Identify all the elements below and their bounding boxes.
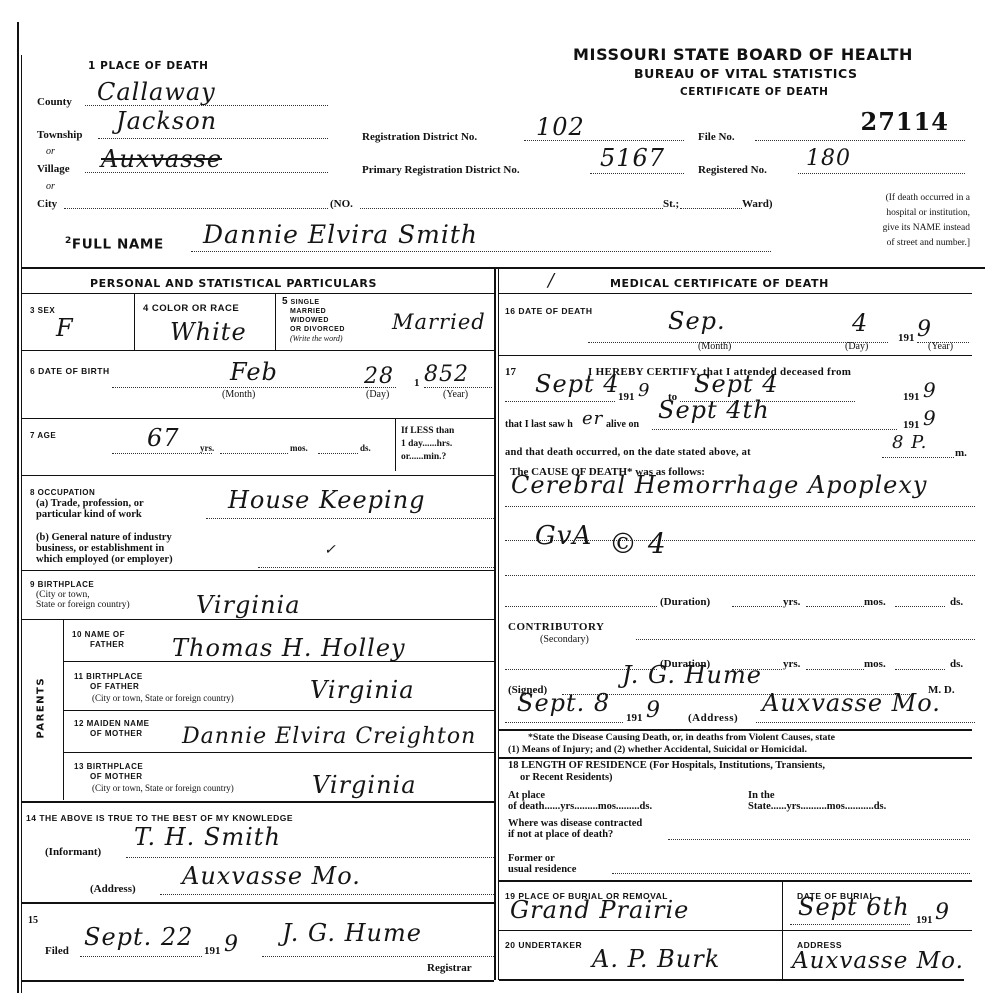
where-contracted-field[interactable]: [668, 830, 970, 840]
cause-duration-pre[interactable]: [505, 597, 657, 607]
informant-address-value: Auxvasse Mo.: [182, 862, 361, 890]
last-saw-date-value: Sept 4th: [658, 396, 770, 424]
race-marital-divider: [275, 294, 276, 350]
age-months-field[interactable]: [220, 440, 288, 454]
row-rule-undertaker: [499, 930, 972, 931]
filed-number: 15: [28, 915, 38, 926]
row-rule-occupation: [22, 475, 494, 476]
age-years-value: 67: [147, 424, 180, 452]
full-name-label: 2FULL NAME: [65, 236, 164, 253]
county-field[interactable]: Callaway: [85, 84, 328, 106]
time-suffix: m.: [955, 447, 967, 459]
full-name-field[interactable]: Dannie Elvira Smith: [191, 232, 771, 252]
registration-district-value: 102: [536, 113, 585, 141]
street-no-label: (NO.: [330, 198, 353, 210]
occupation-label: 8 OCCUPATION: [30, 488, 95, 498]
dod-month-caption: (Month): [698, 341, 731, 352]
mother-birthplace-hint: (City or town, State or foreign country): [92, 783, 234, 794]
dob-month-caption: (Month): [222, 389, 255, 400]
township-value: Jackson: [116, 107, 217, 135]
village-field[interactable]: Auxvasse: [85, 151, 328, 173]
informant-label: (Informant): [45, 846, 101, 858]
undertaker-value[interactable]: A. P. Burk: [592, 945, 720, 973]
occupation-b-label: (b) General nature of industry business,…: [36, 532, 173, 565]
signed-address-value: Auxvasse Mo.: [762, 689, 941, 717]
registration-district-field[interactable]: 102: [524, 119, 684, 141]
dob-day-caption: (Day): [366, 389, 389, 400]
attended-from-year-value: 9: [638, 380, 650, 401]
cause-line-3[interactable]: [505, 562, 975, 576]
dob-year-field[interactable]: 852: [424, 372, 492, 388]
dod-year-value: 9: [917, 317, 932, 342]
footnote: *State the Disease Causing Death, or, in…: [508, 732, 835, 756]
registered-no-label: Registered No.: [698, 164, 767, 176]
row-rule-parents: [22, 619, 494, 620]
age-yrs-unit: yrs.: [200, 443, 214, 453]
row-rule-footnote: [499, 729, 972, 731]
dod-day-caption: (Day): [845, 341, 868, 352]
cause-value: Cerebral Hemorrhage Apoplexy: [511, 471, 927, 499]
divider-bottom-right: [499, 979, 964, 981]
row-rule-dob: [22, 350, 494, 351]
age-ds-unit: ds.: [360, 443, 371, 453]
burial-year-prefix: 191: [916, 914, 933, 926]
contributory-label: CONTRIBUTORY: [508, 621, 604, 633]
dob-year-caption: (Year): [443, 389, 468, 400]
birthplace-label: 9 BIRTHPLACE: [30, 580, 94, 590]
father-name-value[interactable]: Thomas H. Holley: [172, 634, 406, 662]
cause-duration-yrs: yrs.: [783, 596, 800, 608]
registrar-label: Registrar: [427, 962, 472, 974]
mother-maiden-value[interactable]: Dannie Elvira Creighton: [182, 724, 476, 749]
dod-month-value: Sep.: [668, 307, 726, 335]
age-days-field[interactable]: [318, 440, 358, 454]
undertaker-address-value[interactable]: Auxvasse Mo.: [792, 948, 964, 974]
contrib-duration-yrs: yrs.: [783, 658, 800, 670]
informant-statement: 14 THE ABOVE IS TRUE TO THE BEST OF MY K…: [26, 813, 293, 823]
row-rule-father-birthplace: [64, 661, 494, 662]
cause-duration-yrs-field[interactable]: [732, 597, 782, 607]
last-saw-date-field[interactable]: Sept 4th: [652, 418, 897, 430]
dob-month-field[interactable]: Feb: [112, 372, 366, 388]
primary-district-label: Primary Registration District No.: [362, 164, 520, 176]
age-less-divider: [395, 419, 396, 471]
township-label: Township: [37, 129, 82, 141]
less-than-day: If LESS than 1 day......hrs. or......min…: [401, 425, 454, 464]
certify-number: 17: [505, 366, 516, 378]
death-time-value: 8 P.: [892, 432, 927, 453]
medical-heading-mark: /: [548, 270, 555, 291]
divider-top: [22, 267, 985, 269]
undertaker-label: 20 UNDERTAKER: [505, 940, 582, 950]
certificate-title: CERTIFICATE OF DEATH: [680, 86, 829, 98]
mother-birthplace-value[interactable]: Virginia: [312, 771, 417, 799]
left-border-inner: [21, 55, 22, 993]
row-rule-burial: [499, 880, 972, 882]
former-residence-label: Former or usual residence: [508, 853, 576, 875]
birthplace-hint: (City or town, State or foreign country): [36, 590, 130, 610]
at-place-label: At place of death......yrs.........mos..…: [508, 790, 652, 812]
informant-value: T. H. Smith: [134, 823, 281, 851]
city-field[interactable]: [64, 197, 328, 209]
personal-heading: PERSONAL AND STATISTICAL PARTICULARS: [90, 277, 377, 290]
file-no-value: 27114: [861, 107, 950, 136]
informant-field[interactable]: T. H. Smith: [126, 845, 494, 858]
contrib-duration-ds: ds.: [950, 658, 963, 670]
registered-no-value: 180: [806, 146, 851, 171]
signed-address-field[interactable]: Auxvasse Mo.: [756, 711, 975, 723]
dod-year-prefix: 191: [898, 332, 915, 344]
race-label: 4 COLOR OR RACE: [143, 304, 239, 314]
attended-from-year-prefix: 191: [618, 391, 635, 403]
burial-year-value: 9: [935, 900, 950, 925]
attended-to-value: Sept 4: [694, 370, 779, 398]
former-residence-field[interactable]: [612, 864, 970, 874]
full-name-value: Dannie Elvira Smith: [203, 220, 478, 249]
primary-district-value: 5167: [600, 144, 665, 172]
or-label-1: or: [46, 146, 55, 157]
marital-options: 5 SINGLE MARRIED WIDOWED OR DIVORCED (Wr…: [282, 297, 345, 343]
birthplace-value[interactable]: Virginia: [196, 591, 301, 619]
cause-duration-ds: ds.: [950, 596, 963, 608]
occupation-a-label: (a) Trade, profession, or particular kin…: [36, 498, 144, 520]
sex-value[interactable]: F: [56, 314, 74, 342]
signed-address-label: (Address): [688, 712, 738, 724]
registration-district-label: Registration District No.: [362, 131, 477, 143]
cause-duration-mos-field[interactable]: [806, 597, 864, 607]
burial-date-field[interactable]: Sept 6th: [790, 915, 910, 925]
contrib-duration-mos: mos.: [864, 658, 886, 670]
informant-address-field[interactable]: Auxvasse Mo.: [160, 882, 494, 895]
dob-year-value: 852: [424, 362, 469, 387]
board-title: MISSOURI STATE BOARD OF HEALTH: [573, 45, 913, 64]
age-years-field[interactable]: 67: [112, 440, 212, 454]
attended-from-value: Sept 4: [535, 370, 620, 398]
cause-mark: © 4: [609, 527, 667, 560]
where-contracted-label: Where was disease contracted if not at p…: [508, 818, 642, 840]
signed-year-prefix: 191: [626, 712, 643, 724]
cause-line-2[interactable]: GvA © 4: [505, 527, 975, 541]
burial-date-value: Sept 6th: [798, 893, 910, 921]
death-occurred-text: and that death occurred, on the date sta…: [505, 447, 751, 458]
personal-heading-rule: [22, 293, 494, 294]
dob-label: 6 DATE OF BIRTH: [30, 366, 110, 376]
row-rule-mother-birthplace: [64, 752, 494, 753]
marital-value[interactable]: Married: [392, 310, 486, 334]
contributory-field[interactable]: [636, 630, 975, 640]
street-st-label: St.;: [663, 198, 679, 210]
race-value[interactable]: White: [170, 318, 247, 346]
occupation-b-value: ✓: [324, 542, 337, 558]
occupation-a-field[interactable]: House Keeping: [206, 506, 494, 519]
signed-date-field[interactable]: Sept. 8: [505, 711, 623, 723]
primary-district-field[interactable]: 5167: [590, 152, 684, 174]
signed-value: J. G. Hume: [622, 661, 762, 689]
dob-day-value: 28: [364, 364, 394, 389]
dod-day-value: 4: [852, 309, 868, 337]
contrib-duration-mos-field[interactable]: [806, 660, 864, 670]
informant-address-label: (Address): [90, 883, 136, 895]
medical-heading-rule: [499, 293, 972, 294]
occupation-b-field[interactable]: ✓: [258, 556, 494, 568]
hospital-note: (If death occurred in a hospital or inst…: [840, 191, 970, 251]
township-field[interactable]: Jackson: [98, 117, 328, 139]
medical-heading: MEDICAL CERTIFICATE OF DEATH: [610, 277, 829, 290]
residence-label: 18 LENGTH OF RESIDENCE (For Hospitals, I…: [508, 760, 825, 784]
father-birthplace-value[interactable]: Virginia: [310, 676, 415, 704]
file-no-field[interactable]: 27114: [755, 119, 965, 141]
sex-race-divider: [134, 294, 135, 350]
row-rule-residence: [499, 757, 972, 759]
dob-day-field[interactable]: 28: [366, 372, 396, 388]
last-saw-pronoun: er: [582, 408, 603, 429]
last-saw-year-value: 9: [923, 406, 937, 430]
mother-maiden-label: 12 MAIDEN NAME OF MOTHER: [74, 719, 149, 739]
mother-birthplace-label: 13 BIRTHPLACE OF MOTHER: [74, 762, 143, 782]
county-label: County: [37, 96, 72, 108]
last-saw-year-prefix: 191: [903, 419, 920, 431]
row-rule-age: [22, 418, 494, 419]
attended-to-year-value: 9: [923, 378, 937, 402]
village-value: Auxvasse: [101, 145, 222, 173]
street-field[interactable]: [360, 197, 663, 209]
sex-label: 3 SEX: [30, 306, 55, 316]
dod-year-caption: (Year): [928, 341, 953, 352]
last-saw-prefix: that I last saw h: [505, 419, 573, 430]
left-border: [17, 22, 19, 993]
in-state-label: In the State......yrs..........mos......…: [748, 790, 886, 812]
filed-date-field[interactable]: Sept. 22: [80, 945, 202, 957]
row-rule-filed: [22, 902, 494, 904]
father-name-label: 10 NAME OF FATHER: [72, 630, 125, 650]
divider-bottom-left: [22, 980, 494, 982]
burial-place-value[interactable]: Grand Prairie: [510, 896, 689, 924]
alive-on-label: alive on: [606, 419, 639, 430]
contributory-sub: (Secondary): [540, 634, 589, 645]
city-label: City: [37, 198, 57, 210]
cause-duration-label: (Duration): [660, 596, 710, 608]
row-rule-mother-maiden: [64, 710, 494, 711]
father-birthplace-hint: (City or town, State or foreign country): [92, 693, 234, 704]
row-rule-informant: [22, 801, 494, 803]
registered-no-field[interactable]: 180: [798, 152, 965, 174]
bureau-title: BUREAU OF VITAL STATISTICS: [634, 66, 858, 81]
county-value: Callaway: [97, 78, 216, 106]
registrar-signature-value: J. G. Hume: [282, 919, 422, 947]
place-of-death-heading: 1 PLACE OF DEATH: [88, 60, 209, 72]
occupation-a-value: House Keeping: [228, 486, 426, 514]
cause-duration-mos: mos.: [864, 596, 886, 608]
death-time-field[interactable]: 8 P.: [882, 446, 954, 458]
row-rule-birthplace: [22, 570, 494, 571]
or-label-2: or: [46, 181, 55, 192]
age-label: 7 AGE: [30, 431, 56, 441]
village-label: Village: [37, 163, 70, 175]
dod-label: 16 DATE OF DEATH: [505, 306, 593, 316]
attended-from-field[interactable]: Sept 4: [505, 390, 615, 402]
filed-year-value: 9: [224, 932, 239, 957]
column-divider-inner: [498, 268, 499, 980]
parents-side-label: PARENTS: [36, 683, 47, 739]
registrar-signature-field[interactable]: J. G. Hume: [262, 945, 494, 957]
filed-date-value: Sept. 22: [84, 923, 193, 951]
father-birthplace-label: 11 BIRTHPLACE OF FATHER: [74, 672, 143, 692]
age-mos-unit: mos.: [290, 443, 308, 453]
ward-label: Ward): [742, 198, 773, 210]
cause-duration-ds-field[interactable]: [895, 597, 945, 607]
file-no-label: File No.: [698, 131, 735, 143]
signed-year-value: 9: [646, 698, 661, 723]
filed-label: Filed: [45, 945, 69, 957]
burial-date-divider: [782, 881, 783, 981]
filed-year-prefix: 191: [204, 945, 221, 957]
dob-year-prefix: 1: [414, 377, 420, 389]
cause-line-1[interactable]: Cerebral Hemorrhage Apoplexy: [505, 493, 975, 507]
cause-note: GvA: [535, 521, 592, 551]
dob-month-value: Feb: [230, 358, 278, 386]
signed-date-value: Sept. 8: [517, 689, 610, 717]
ward-field[interactable]: [680, 197, 742, 209]
attended-to-year-prefix: 191: [903, 391, 920, 403]
column-divider: [494, 268, 496, 980]
row-rule-certify: [499, 355, 972, 356]
contrib-duration-ds-field[interactable]: [895, 660, 945, 670]
